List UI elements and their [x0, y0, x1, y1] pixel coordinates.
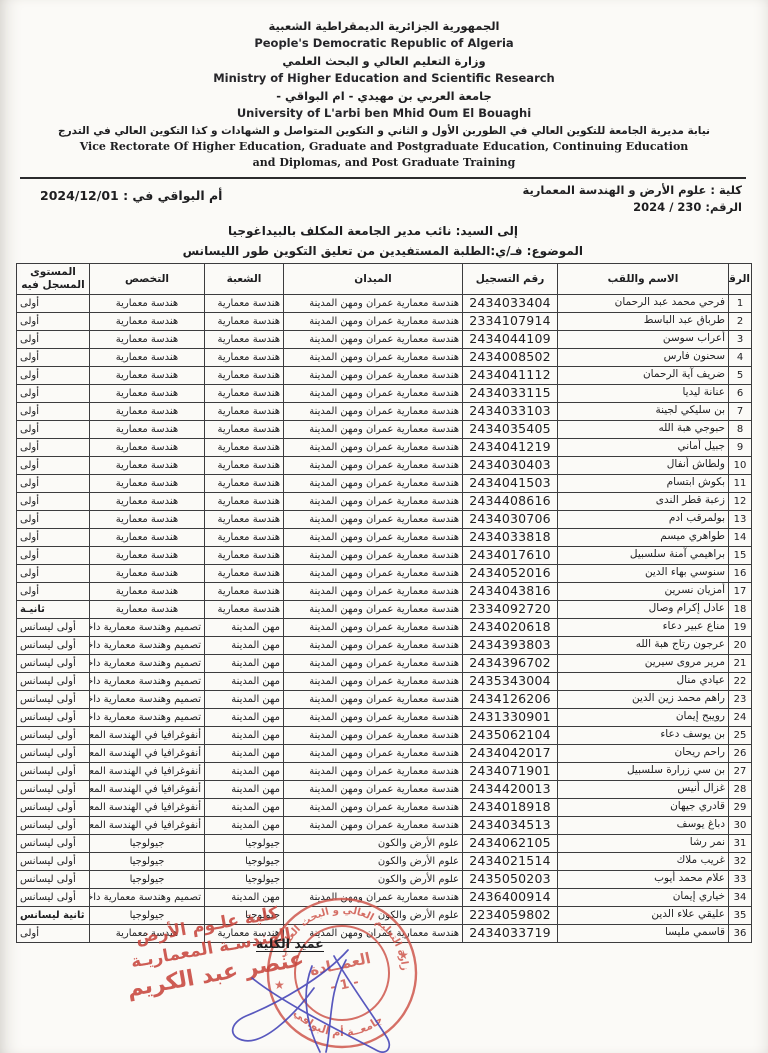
field-cell: علوم الأرض والكون	[284, 852, 463, 870]
level-cell: أولى ليسانس	[17, 888, 90, 906]
table-row: 2طرباق عبد الباسط2334107914هندسة معمارية…	[17, 312, 752, 330]
specialty-cell: هندسة معمارية	[90, 420, 205, 438]
field-cell: هندسة معمارية عمران ومهن المدينة	[284, 366, 463, 384]
branch-cell: هندسة معمارية	[205, 402, 284, 420]
level-cell: أولى	[17, 474, 90, 492]
registration-number-cell: 2334107914	[463, 312, 558, 330]
name-cell: مناع عبير دعاء	[558, 618, 729, 636]
registration-number-cell: 2435343004	[463, 672, 558, 690]
vice-rectorate-en-line1: Vice Rectorate Of Higher Education, Grad…	[0, 140, 768, 154]
vice-rectorate-en-line2: and Diplomas, and Post Graduate Training	[0, 156, 768, 170]
level-cell: أولى ليسانس	[17, 690, 90, 708]
table-row: 17أمزيان نسرين2434043816هندسة معمارية عم…	[17, 582, 752, 600]
registration-number-cell: 2434071901	[463, 762, 558, 780]
table-row: 10ولطاش أنفال2434030403هندسة معمارية عمر…	[17, 456, 752, 474]
name-cell: دباغ يوسف	[558, 816, 729, 834]
specialty-cell: هندسة معمارية	[90, 528, 205, 546]
specialty-cell: جيولوجيا	[90, 834, 205, 852]
field-cell: هندسة معمارية عمران ومهن المدينة	[284, 708, 463, 726]
specialty-cell: هندسة معمارية	[90, 384, 205, 402]
addressee-line: إلى السيد: نائب مدير الجامعة المكلف بالب…	[0, 224, 518, 238]
table-row: 14طواهري ميسم2434033818هندسة معمارية عمر…	[17, 528, 752, 546]
field-cell: هندسة معمارية عمران ومهن المدينة	[284, 330, 463, 348]
registration-number-cell: 2434041503	[463, 474, 558, 492]
university-name-ar: جامعة العربي بن مهيدي - ام البواقي -	[0, 89, 768, 103]
column-header-reg: رقم التسجيل	[463, 264, 558, 294]
table-body: 1فرحي محمد عبد الرحمان2434033404هندسة مع…	[17, 294, 752, 942]
branch-cell: مهن المدينة	[205, 708, 284, 726]
table-row: 8حبوجي هبة الله2434035405هندسة معمارية ع…	[17, 420, 752, 438]
branch-cell: هندسة معمارية	[205, 600, 284, 618]
row-number-cell: 12	[729, 492, 752, 510]
column-header-num: الرقم	[729, 264, 752, 294]
branch-cell: مهن المدينة	[205, 618, 284, 636]
specialty-cell: تصميم وهندسة معمارية داخلية	[90, 690, 205, 708]
name-cell: عادل إكرام وصال	[558, 600, 729, 618]
specialty-cell: هندسة معمارية	[90, 582, 205, 600]
registration-number-cell: 2234059802	[463, 906, 558, 924]
branch-cell: هندسة معمارية	[205, 384, 284, 402]
field-cell: هندسة معمارية عمران ومهن المدينة	[284, 474, 463, 492]
name-cell: أعراب سوسن	[558, 330, 729, 348]
table-row: 16سنوسي بهاء الدين2434052016هندسة معماري…	[17, 564, 752, 582]
specialty-cell: هندسة معمارية	[90, 600, 205, 618]
name-cell: عنانة ليديا	[558, 384, 729, 402]
name-cell: بولمرقب ادم	[558, 510, 729, 528]
level-cell: أولى	[17, 348, 90, 366]
specialty-cell: جيولوجيا	[90, 870, 205, 888]
registration-number-cell: 2436400914	[463, 888, 558, 906]
name-cell: براهيمي آمنة سلسبيل	[558, 546, 729, 564]
field-cell: هندسة معمارية عمران ومهن المدينة	[284, 744, 463, 762]
field-cell: هندسة معمارية عمران ومهن المدينة	[284, 528, 463, 546]
specialty-cell: أنفوغرافيا في الهندسة المعمارية	[90, 780, 205, 798]
specialty-cell: هندسة معمارية	[90, 456, 205, 474]
registration-number-cell: 2434030706	[463, 510, 558, 528]
name-cell: نمر رشا	[558, 834, 729, 852]
registration-number-cell: 2434041112	[463, 366, 558, 384]
students-table: الرقمالاسم واللقبرقم التسجيلالميدانالشعب…	[16, 263, 752, 942]
name-cell: عليقي علاء الدين	[558, 906, 729, 924]
field-cell: هندسة معمارية عمران ومهن المدينة	[284, 636, 463, 654]
table-row: 23راهم محمد زين الدين2434126206هندسة معم…	[17, 690, 752, 708]
table-row: 5ضريف آية الرحمان2434041112هندسة معمارية…	[17, 366, 752, 384]
table-row: 11بكوش ابتسام2434041503هندسة معمارية عمر…	[17, 474, 752, 492]
table-row: 29قادري جيهان2434018918هندسة معمارية عمر…	[17, 798, 752, 816]
republic-name-ar: الجمهورية الجزائرية الديمقراطية الشعبية	[0, 19, 768, 33]
row-number-cell: 7	[729, 402, 752, 420]
row-number-cell: 20	[729, 636, 752, 654]
row-number-cell: 34	[729, 888, 752, 906]
branch-cell: جيولوجيا	[205, 834, 284, 852]
field-cell: هندسة معمارية عمران ومهن المدينة	[284, 420, 463, 438]
row-number-cell: 5	[729, 366, 752, 384]
row-number-cell: 30	[729, 816, 752, 834]
branch-cell: هندسة معمارية	[205, 546, 284, 564]
row-number-cell: 24	[729, 708, 752, 726]
name-cell: زعبة قطر الندى	[558, 492, 729, 510]
row-number-cell: 3	[729, 330, 752, 348]
row-number-cell: 18	[729, 600, 752, 618]
table-row: 7بن سليكي لجينة2434033103هندسة معمارية ع…	[17, 402, 752, 420]
row-number-cell: 19	[729, 618, 752, 636]
name-cell: قاسمي مليسا	[558, 924, 729, 942]
branch-cell: هندسة معمارية	[205, 456, 284, 474]
level-cell: ثانية ليسانس	[17, 906, 90, 924]
row-number-cell: 22	[729, 672, 752, 690]
place-date-line: أم البواقي في : 2024/12/01	[40, 182, 222, 217]
level-cell: أولى	[17, 492, 90, 510]
row-number-cell: 1	[729, 294, 752, 312]
level-cell: أولى	[17, 456, 90, 474]
university-name-en: University of L'arbi ben Mhid Oum El Bou…	[0, 106, 768, 120]
field-cell: هندسة معمارية عمران ومهن المدينة	[284, 456, 463, 474]
name-cell: مرير مروى سيرين	[558, 654, 729, 672]
table-row: 30دباغ يوسف2434034513هندسة معمارية عمران…	[17, 816, 752, 834]
field-cell: هندسة معمارية عمران ومهن المدينة	[284, 348, 463, 366]
registration-number-cell: 2334092720	[463, 600, 558, 618]
registration-number-cell: 2434033103	[463, 402, 558, 420]
specialty-cell: تصميم وهندسة معمارية داخلية	[90, 708, 205, 726]
row-number-cell: 14	[729, 528, 752, 546]
specialty-cell: تصميم وهندسة معمارية داخلية	[90, 636, 205, 654]
table-row: 20عرجون رتاج هبة الله2434393803هندسة معم…	[17, 636, 752, 654]
level-cell: أولى	[17, 528, 90, 546]
table-row: 19مناع عبير دعاء2434020618هندسة معمارية …	[17, 618, 752, 636]
branch-cell: مهن المدينة	[205, 636, 284, 654]
subject-line: الموضوع: فـ/ي:الطلبة المستفيدين من تعليق…	[0, 244, 583, 258]
level-cell: أولى ليسانس	[17, 816, 90, 834]
registration-number-cell: 2434396702	[463, 654, 558, 672]
table-row: 1فرحي محمد عبد الرحمان2434033404هندسة مع…	[17, 294, 752, 312]
specialty-cell: هندسة معمارية	[90, 312, 205, 330]
level-cell: أولى ليسانس	[17, 672, 90, 690]
field-cell: هندسة معمارية عمران ومهن المدينة	[284, 510, 463, 528]
row-number-cell: 21	[729, 654, 752, 672]
name-cell: قادري جيهان	[558, 798, 729, 816]
row-number-cell: 23	[729, 690, 752, 708]
row-number-cell: 28	[729, 780, 752, 798]
name-cell: راهم محمد زين الدين	[558, 690, 729, 708]
registration-number-cell: 2434052016	[463, 564, 558, 582]
field-cell: هندسة معمارية عمران ومهن المدينة	[284, 780, 463, 798]
registration-number-cell: 2434408616	[463, 492, 558, 510]
registration-number-cell: 2434033115	[463, 384, 558, 402]
level-cell: ثانيـة	[17, 600, 90, 618]
level-cell: أولى	[17, 402, 90, 420]
name-cell: غزال أنيس	[558, 780, 729, 798]
field-cell: هندسة معمارية عمران ومهن المدينة	[284, 726, 463, 744]
name-cell: راحم ريحان	[558, 744, 729, 762]
level-cell: أولى	[17, 312, 90, 330]
registration-number-cell: 2434043816	[463, 582, 558, 600]
level-cell: أولى ليسانس	[17, 870, 90, 888]
specialty-cell: تصميم وهندسة معمارية داخلية	[90, 654, 205, 672]
level-cell: أولى ليسانس	[17, 726, 90, 744]
name-cell: بن سي زرارة سلسبيل	[558, 762, 729, 780]
document-header: الجمهورية الجزائرية الديمقراطية الشعبية …	[0, 0, 768, 170]
name-cell: عيادي منال	[558, 672, 729, 690]
branch-cell: مهن المدينة	[205, 798, 284, 816]
field-cell: هندسة معمارية عمران ومهن المدينة	[284, 564, 463, 582]
column-header-level: المستوى المسجل فيه	[17, 264, 90, 294]
name-cell: علام محمد أيوب	[558, 870, 729, 888]
registration-number-cell: 2434033404	[463, 294, 558, 312]
registration-number-cell: 2434042017	[463, 744, 558, 762]
table-row: 6عنانة ليديا2434033115هندسة معمارية عمرا…	[17, 384, 752, 402]
specialty-cell: هندسة معمارية	[90, 348, 205, 366]
ministry-name-en: Ministry of Higher Education and Scienti…	[0, 71, 768, 85]
table-row: 31نمر رشا2434062105علوم الأرض والكونجيول…	[17, 834, 752, 852]
row-number-cell: 26	[729, 744, 752, 762]
level-cell: أولى	[17, 510, 90, 528]
registration-number-cell: 2435062104	[463, 726, 558, 744]
registration-number-cell: 2434044109	[463, 330, 558, 348]
table-head: الرقمالاسم واللقبرقم التسجيلالميدانالشعب…	[17, 264, 752, 294]
specialty-cell: أنفوغرافيا في الهندسة المعمارية	[90, 726, 205, 744]
specialty-cell: تصميم وهندسة معمارية داخلية	[90, 888, 205, 906]
table-row: 28غزال أنيس2434420013هندسة معمارية عمران…	[17, 780, 752, 798]
field-cell: هندسة معمارية عمران ومهن المدينة	[284, 762, 463, 780]
column-header-branch: الشعبة	[205, 264, 284, 294]
row-number-cell: 13	[729, 510, 752, 528]
row-number-cell: 31	[729, 834, 752, 852]
registration-number-cell: 2435050203	[463, 870, 558, 888]
branch-cell: هندسة معمارية	[205, 474, 284, 492]
level-cell: أولى ليسانس	[17, 762, 90, 780]
branch-cell: هندسة معمارية	[205, 492, 284, 510]
table-row: 12زعبة قطر الندى2434408616هندسة معمارية …	[17, 492, 752, 510]
field-cell: هندسة معمارية عمران ومهن المدينة	[284, 402, 463, 420]
registration-number-cell: 2434021514	[463, 852, 558, 870]
level-cell: أولى	[17, 366, 90, 384]
branch-cell: هندسة معمارية	[205, 528, 284, 546]
level-cell: أولى ليسانس	[17, 654, 90, 672]
branch-cell: مهن المدينة	[205, 690, 284, 708]
branch-cell: هندسة معمارية	[205, 312, 284, 330]
registration-number-cell: 2434035405	[463, 420, 558, 438]
branch-cell: هندسة معمارية	[205, 510, 284, 528]
table-header-row: الرقمالاسم واللقبرقم التسجيلالميدانالشعب…	[17, 264, 752, 294]
name-cell: سحنون فارس	[558, 348, 729, 366]
name-cell: فرحي محمد عبد الرحمان	[558, 294, 729, 312]
specialty-cell: جيولوجيا	[90, 852, 205, 870]
table-row: 25بن يوسف دعاء2435062104هندسة معمارية عم…	[17, 726, 752, 744]
level-cell: أولى	[17, 294, 90, 312]
table-row: 24رويبح إيمان2431330901هندسة معمارية عمر…	[17, 708, 752, 726]
reference-number-line: الرقم: 230 / 2024	[523, 199, 742, 216]
specialty-cell: أنفوغرافيا في الهندسة المعمارية	[90, 798, 205, 816]
registration-number-cell: 2434008502	[463, 348, 558, 366]
name-cell: أمزيان نسرين	[558, 582, 729, 600]
column-header-name: الاسم واللقب	[558, 264, 729, 294]
reference-block: كلية : علوم الأرض و الهندسة المعمارية ال…	[0, 179, 768, 217]
row-number-cell: 11	[729, 474, 752, 492]
row-number-cell: 25	[729, 726, 752, 744]
row-number-cell: 8	[729, 420, 752, 438]
registration-number-cell: 2434017610	[463, 546, 558, 564]
name-cell: بن يوسف دعاء	[558, 726, 729, 744]
specialty-cell: هندسة معمارية	[90, 438, 205, 456]
field-cell: هندسة معمارية عمران ومهن المدينة	[284, 690, 463, 708]
field-cell: هندسة معمارية عمران ومهن المدينة	[284, 654, 463, 672]
branch-cell: هندسة معمارية	[205, 294, 284, 312]
name-cell: بن سليكي لجينة	[558, 402, 729, 420]
level-cell: أولى ليسانس	[17, 708, 90, 726]
registration-number-cell: 2434034513	[463, 816, 558, 834]
table-row: 22عيادي منال2435343004هندسة معمارية عمرا…	[17, 672, 752, 690]
row-number-cell: 9	[729, 438, 752, 456]
specialty-cell: هندسة معمارية	[90, 492, 205, 510]
specialty-cell: تصميم وهندسة معمارية داخلية	[90, 672, 205, 690]
branch-cell: مهن المدينة	[205, 654, 284, 672]
branch-cell: هندسة معمارية	[205, 366, 284, 384]
specialty-cell: هندسة معمارية	[90, 546, 205, 564]
branch-cell: مهن المدينة	[205, 762, 284, 780]
row-number-cell: 17	[729, 582, 752, 600]
field-cell: هندسة معمارية عمران ومهن المدينة	[284, 618, 463, 636]
level-cell: أولى ليسانس	[17, 834, 90, 852]
field-cell: هندسة معمارية عمران ومهن المدينة	[284, 294, 463, 312]
specialty-cell: هندسة معمارية	[90, 510, 205, 528]
level-cell: أولى	[17, 330, 90, 348]
row-number-cell: 2	[729, 312, 752, 330]
branch-cell: مهن المدينة	[205, 816, 284, 834]
level-cell: أولى ليسانس	[17, 798, 90, 816]
level-cell: أولى	[17, 420, 90, 438]
handwritten-signature	[228, 948, 443, 1053]
field-cell: هندسة معمارية عمران ومهن المدينة	[284, 546, 463, 564]
level-cell: أولى	[17, 564, 90, 582]
column-header-spec: التخصص	[90, 264, 205, 294]
table-row: 18عادل إكرام وصال2334092720هندسة معمارية…	[17, 600, 752, 618]
branch-cell: هندسة معمارية	[205, 438, 284, 456]
name-cell: خياري إيمان	[558, 888, 729, 906]
row-number-cell: 29	[729, 798, 752, 816]
field-cell: هندسة معمارية عمران ومهن المدينة	[284, 600, 463, 618]
branch-cell: مهن المدينة	[205, 780, 284, 798]
row-number-cell: 32	[729, 852, 752, 870]
specialty-cell: هندسة معمارية	[90, 366, 205, 384]
table-row: 27بن سي زرارة سلسبيل2434071901هندسة معما…	[17, 762, 752, 780]
faculty-line: كلية : علوم الأرض و الهندسة المعمارية	[523, 182, 742, 199]
table-row: 9جبيل أماني2434041219هندسة معمارية عمران…	[17, 438, 752, 456]
registration-number-cell: 2434041219	[463, 438, 558, 456]
branch-cell: هندسة معمارية	[205, 348, 284, 366]
field-cell: هندسة معمارية عمران ومهن المدينة	[284, 492, 463, 510]
vice-rectorate-ar: نيابة مديرية الجامعة للتكوين العالي في ا…	[6, 125, 762, 138]
column-header-field: الميدان	[284, 264, 463, 294]
name-cell: طواهري ميسم	[558, 528, 729, 546]
name-cell: بكوش ابتسام	[558, 474, 729, 492]
name-cell: سنوسي بهاء الدين	[558, 564, 729, 582]
level-cell: أولى ليسانس	[17, 780, 90, 798]
registration-number-cell: 2431330901	[463, 708, 558, 726]
level-cell: أولى	[17, 438, 90, 456]
registration-number-cell: 2434126206	[463, 690, 558, 708]
row-number-cell: 33	[729, 870, 752, 888]
row-number-cell: 4	[729, 348, 752, 366]
table-row: 26راحم ريحان2434042017هندسة معمارية عمرا…	[17, 744, 752, 762]
row-number-cell: 16	[729, 564, 752, 582]
table-row: 4سحنون فارس2434008502هندسة معمارية عمران…	[17, 348, 752, 366]
table-row: 32غريب ملاك2434021514علوم الأرض والكونجي…	[17, 852, 752, 870]
registration-number-cell: 2434062105	[463, 834, 558, 852]
republic-name-en: People's Democratic Republic of Algeria	[0, 36, 768, 50]
level-cell: أولى ليسانس	[17, 852, 90, 870]
row-number-cell: 27	[729, 762, 752, 780]
scanned-document-page: الجمهورية الجزائرية الديمقراطية الشعبية …	[0, 0, 768, 1053]
table-row: 13بولمرقب ادم2434030706هندسة معمارية عمر…	[17, 510, 752, 528]
registration-number-cell: 2434030403	[463, 456, 558, 474]
level-cell: أولى	[17, 546, 90, 564]
specialty-cell: هندسة معمارية	[90, 402, 205, 420]
specialty-cell: أنفوغرافيا في الهندسة المعمارية	[90, 816, 205, 834]
row-number-cell: 15	[729, 546, 752, 564]
level-cell: أولى ليسانس	[17, 744, 90, 762]
level-cell: أولى	[17, 582, 90, 600]
branch-cell: مهن المدينة	[205, 672, 284, 690]
branch-cell: هندسة معمارية	[205, 330, 284, 348]
level-cell: أولى	[17, 384, 90, 402]
branch-cell: جيولوجيا	[205, 870, 284, 888]
field-cell: هندسة معمارية عمران ومهن المدينة	[284, 312, 463, 330]
branch-cell: جيولوجيا	[205, 852, 284, 870]
field-cell: هندسة معمارية عمران ومهن المدينة	[284, 438, 463, 456]
specialty-cell: هندسة معمارية	[90, 294, 205, 312]
specialty-cell: أنفوغرافيا في الهندسة المعمارية	[90, 744, 205, 762]
registration-number-cell: 2434033719	[463, 924, 558, 942]
registration-number-cell: 2434020618	[463, 618, 558, 636]
branch-cell: هندسة معمارية	[205, 564, 284, 582]
name-cell: ضريف آية الرحمان	[558, 366, 729, 384]
branch-cell: هندسة معمارية	[205, 420, 284, 438]
level-cell: أولى ليسانس	[17, 636, 90, 654]
field-cell: هندسة معمارية عمران ومهن المدينة	[284, 672, 463, 690]
specialty-cell: أنفوغرافيا في الهندسة المعمارية	[90, 762, 205, 780]
name-cell: حبوجي هبة الله	[558, 420, 729, 438]
specialty-cell: هندسة معمارية	[90, 564, 205, 582]
table-row: 15براهيمي آمنة سلسبيل2434017610هندسة معم…	[17, 546, 752, 564]
registration-number-cell: 2434393803	[463, 636, 558, 654]
field-cell: علوم الأرض والكون	[284, 834, 463, 852]
ministry-name-ar: وزارة التعليم العالي و البحث العلمي	[0, 54, 768, 68]
branch-cell: مهن المدينة	[205, 726, 284, 744]
row-number-cell: 35	[729, 906, 752, 924]
registration-number-cell: 2434033818	[463, 528, 558, 546]
name-cell: جبيل أماني	[558, 438, 729, 456]
branch-cell: مهن المدينة	[205, 744, 284, 762]
specialty-cell: هندسة معمارية	[90, 330, 205, 348]
branch-cell: هندسة معمارية	[205, 582, 284, 600]
table-row: 3أعراب سوسن2434044109هندسة معمارية عمران…	[17, 330, 752, 348]
field-cell: هندسة معمارية عمران ومهن المدينة	[284, 798, 463, 816]
table-row: 21مرير مروى سيرين2434396702هندسة معمارية…	[17, 654, 752, 672]
row-number-cell: 36	[729, 924, 752, 942]
registration-number-cell: 2434420013	[463, 780, 558, 798]
name-cell: عرجون رتاج هبة الله	[558, 636, 729, 654]
specialty-cell: تصميم وهندسة معمارية داخلية	[90, 618, 205, 636]
row-number-cell: 6	[729, 384, 752, 402]
name-cell: طرباق عبد الباسط	[558, 312, 729, 330]
name-cell: ولطاش أنفال	[558, 456, 729, 474]
name-cell: رويبح إيمان	[558, 708, 729, 726]
registration-number-cell: 2434018918	[463, 798, 558, 816]
name-cell: غريب ملاك	[558, 852, 729, 870]
field-cell: هندسة معمارية عمران ومهن المدينة	[284, 384, 463, 402]
row-number-cell: 10	[729, 456, 752, 474]
field-cell: هندسة معمارية عمران ومهن المدينة	[284, 816, 463, 834]
